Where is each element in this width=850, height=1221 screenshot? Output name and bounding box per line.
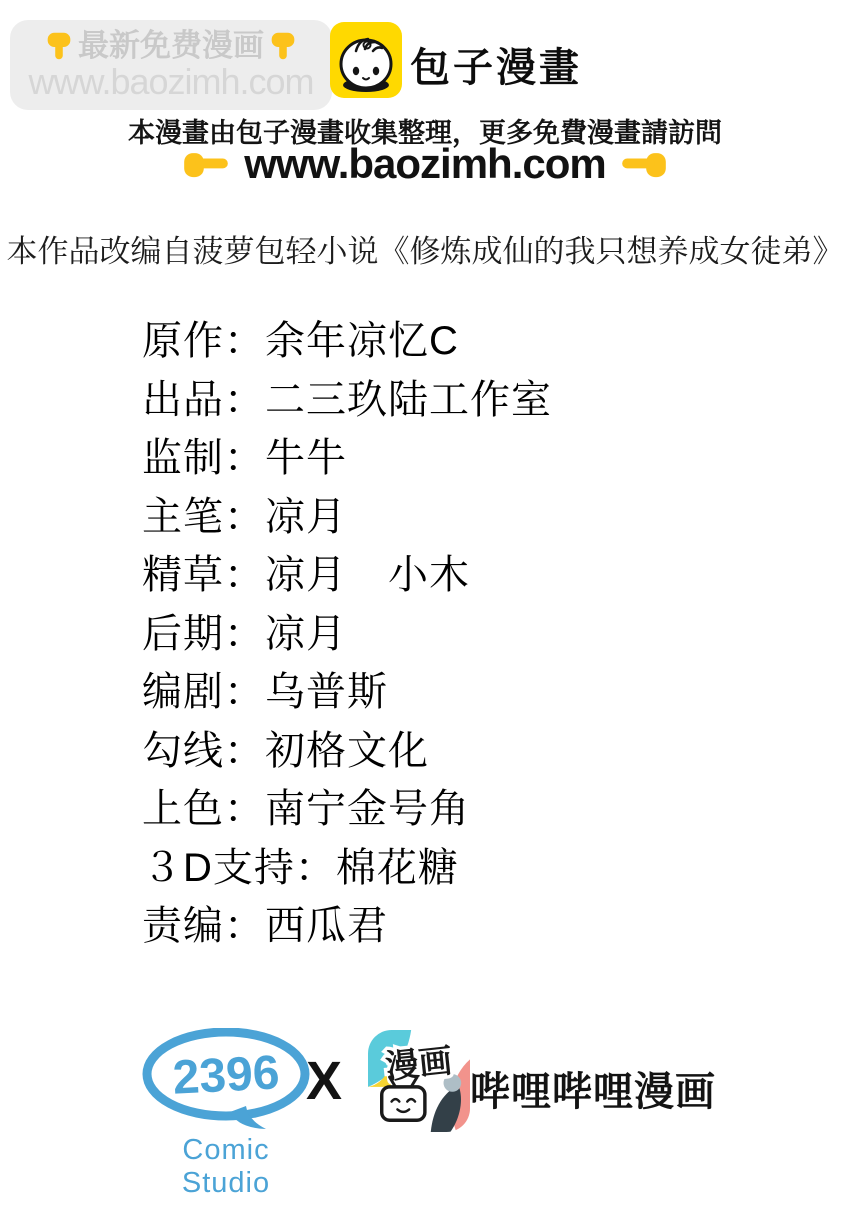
credit-line-producer: 出品：二三玖陆工作室 xyxy=(142,371,552,430)
credit-line-original-author: 原作：余年凉忆C xyxy=(142,312,552,371)
credit-line-screenwriter: 编剧：乌普斯 xyxy=(142,663,552,722)
point-down-icon xyxy=(266,29,300,63)
studio-2396-logo: 2396 Comic Studio xyxy=(138,1028,314,1200)
credit-line-sketch: 精草：凉月 小木 xyxy=(142,546,552,605)
credit-line-3d-support: ３D支持：棉花糖 xyxy=(142,839,552,898)
brand-title: 包子漫畫 xyxy=(410,36,582,93)
watermark-box: 最新免费漫画 www.baozimh.com xyxy=(10,20,332,110)
bilibili-manga-app-icon: 漫画 xyxy=(368,1030,470,1132)
studio-name: Comic Studio xyxy=(138,1134,314,1200)
bilibili-manga-name: 哔哩哔哩漫画 xyxy=(470,1060,716,1117)
site-url-row: www.baozimh.com xyxy=(0,140,850,188)
credit-line-inking: 勾线：初格文化 xyxy=(142,722,552,781)
credit-line-supervisor: 监制：牛牛 xyxy=(142,429,552,488)
watermark-title: 最新免费漫画 xyxy=(78,29,264,63)
comic-credits-page: 最新免费漫画 www.baozimh.com 包子漫畫 本漫畫由包子漫畫收集整理… xyxy=(0,0,850,1221)
studio-number-text: 2396 xyxy=(171,1046,280,1105)
credit-line-post-production: 后期：凉月 xyxy=(142,605,552,664)
point-right-icon xyxy=(182,143,230,185)
speech-bubble-logo-icon: 2396 xyxy=(138,1028,314,1132)
credit-line-coloring: 上色：南宁金号角 xyxy=(142,780,552,839)
watermark-title-row: 最新免费漫画 xyxy=(42,29,300,63)
collaboration-x-separator: X xyxy=(306,1050,342,1112)
adaptation-note: 本作品改编自菠萝包轻小说《修炼成仙的我只想养成女徒弟》 xyxy=(0,226,850,271)
point-left-icon xyxy=(620,143,668,185)
point-down-icon xyxy=(42,29,76,63)
site-url: www.baozimh.com xyxy=(244,140,605,188)
baozi-bun-icon xyxy=(330,22,402,98)
watermark-url: www.baozimh.com xyxy=(28,63,313,101)
credit-line-editor: 责编：西瓜君 xyxy=(142,897,552,956)
credit-line-lead-artist: 主笔：凉月 xyxy=(142,488,552,547)
bili-icon-label-text: 漫画 xyxy=(384,1043,454,1087)
credits-list: 原作：余年凉忆C 出品：二三玖陆工作室 监制：牛牛 主笔：凉月 精草：凉月 小木… xyxy=(142,312,552,956)
